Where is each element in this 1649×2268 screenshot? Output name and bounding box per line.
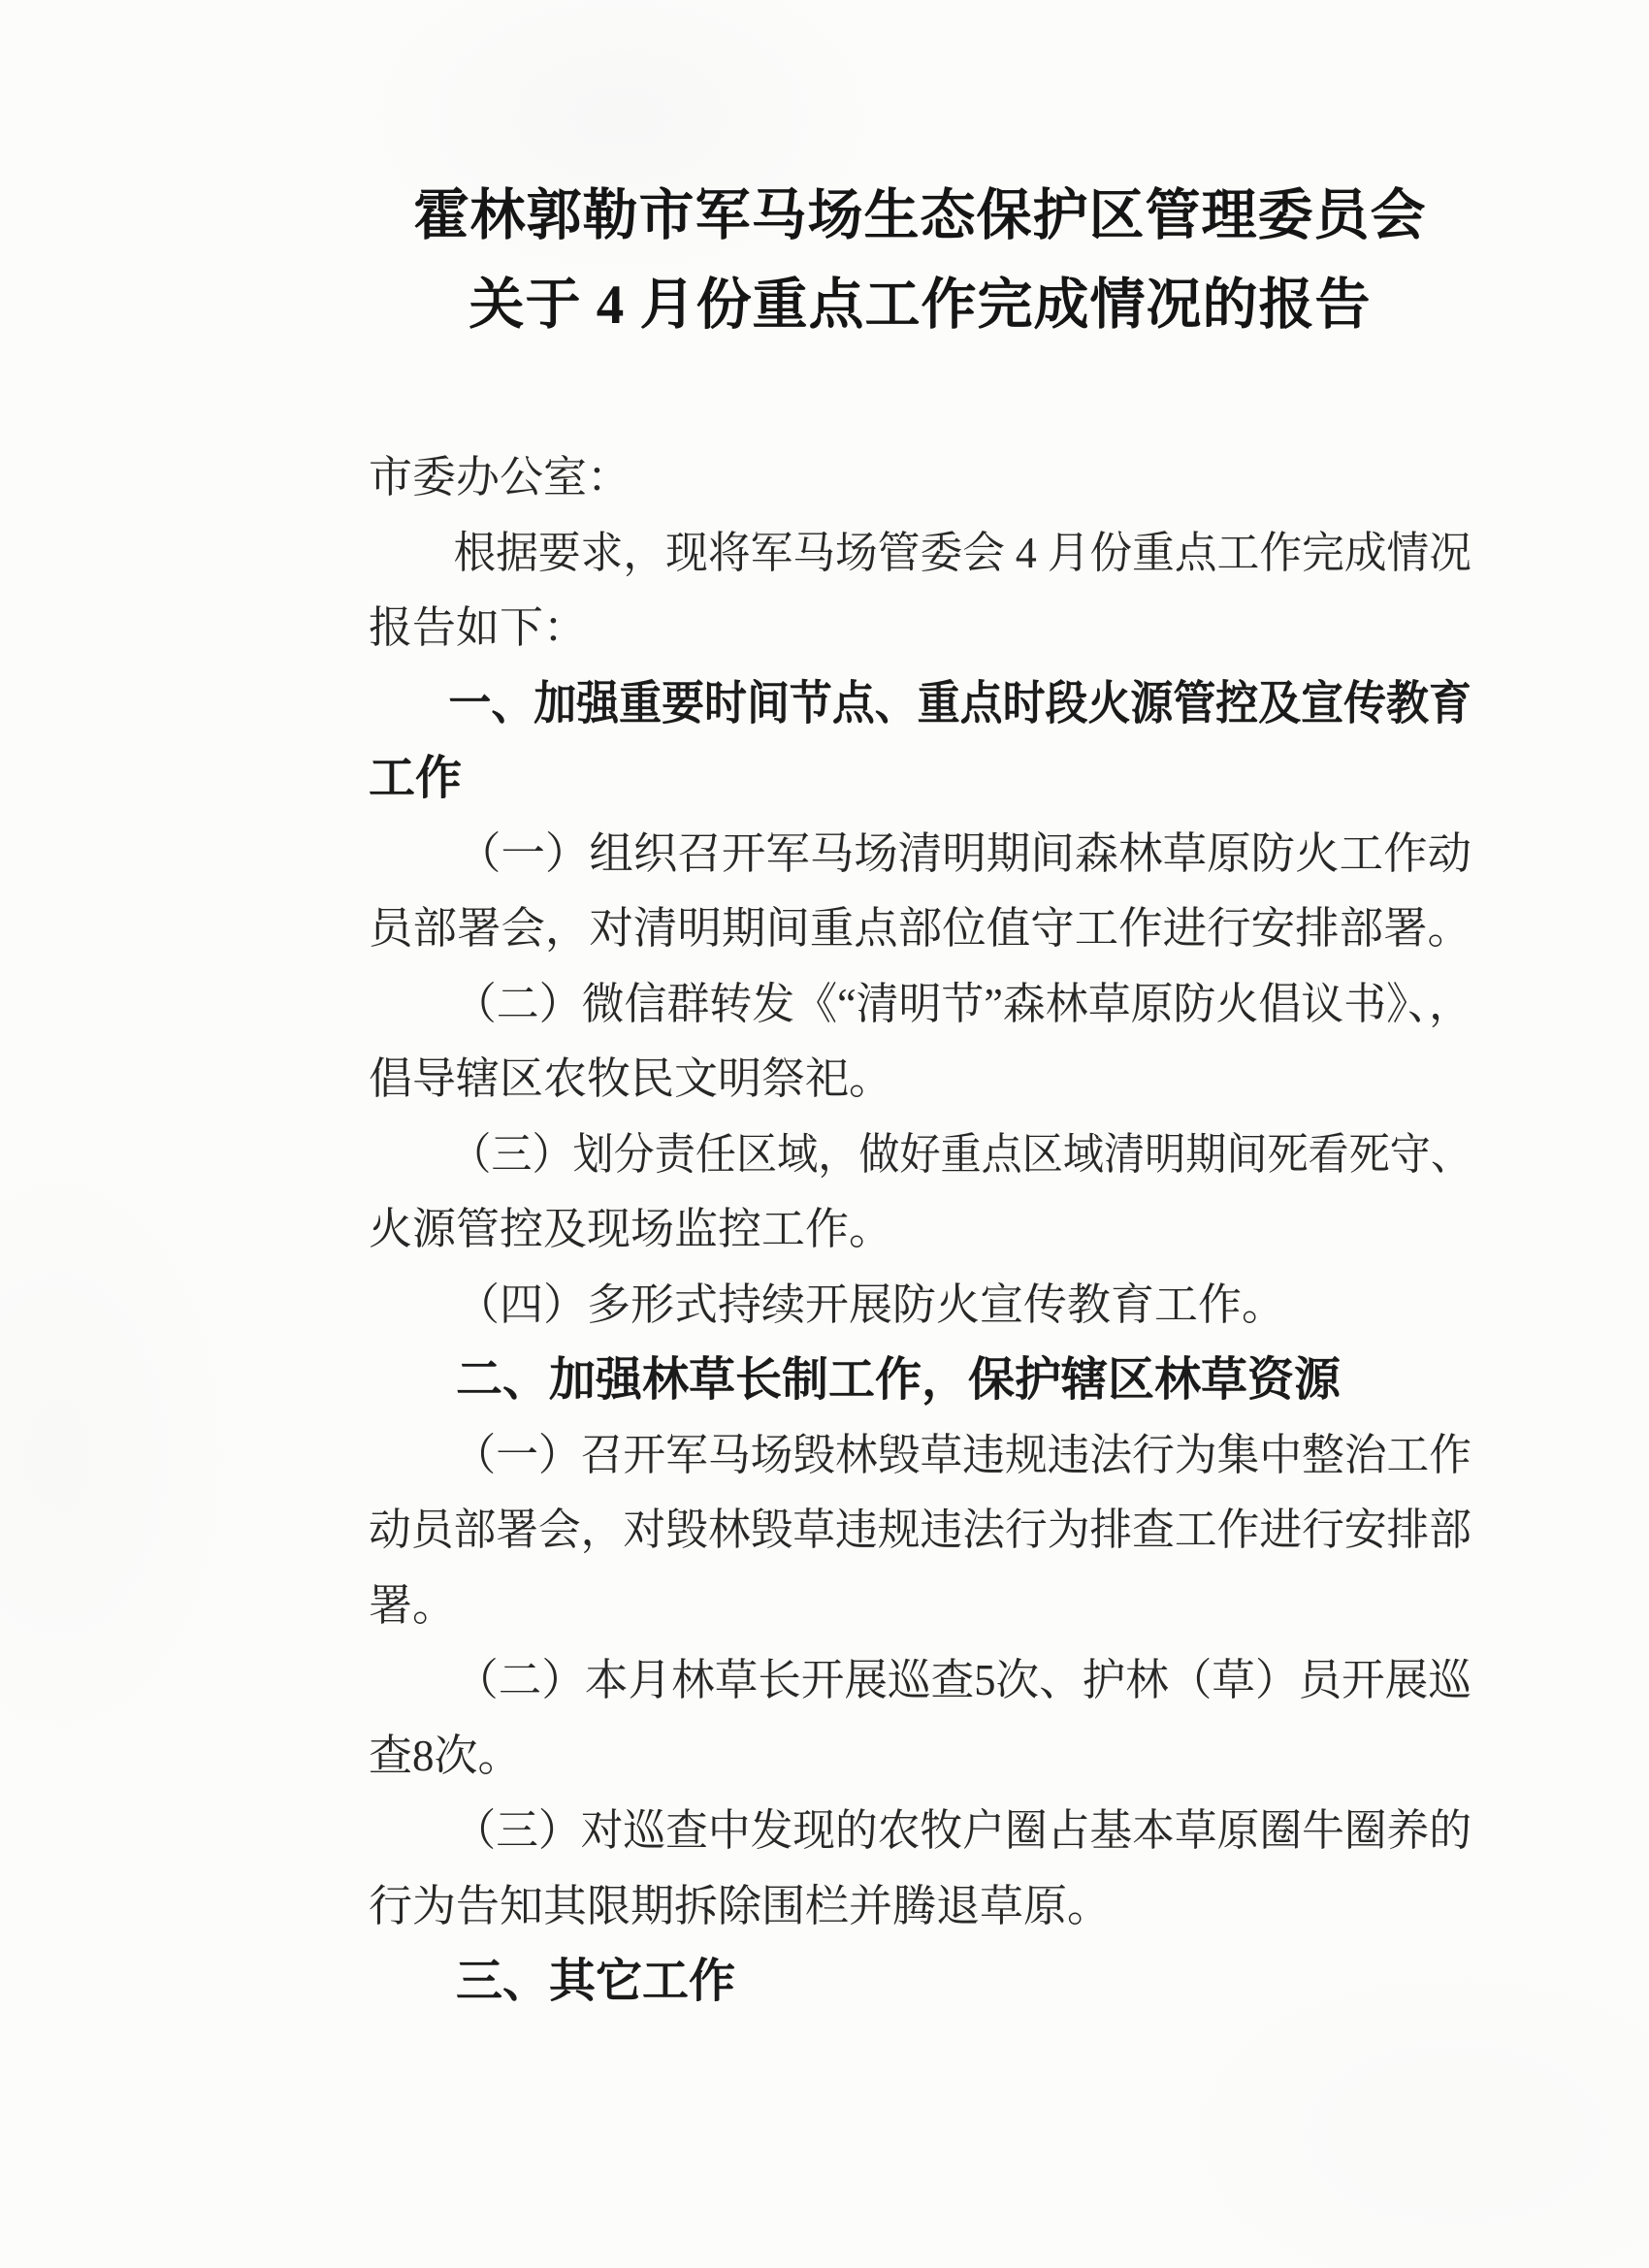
body-line: 火源管控及现场监控工作。 <box>369 1192 1471 1268</box>
title-line: 关于 4 月份重点工作完成情况的报告 <box>369 261 1471 350</box>
scanned-report-page: 霍林郭勒市军马场生态保护区管理委员会关于 4 月份重点工作完成情况的报告 市委办… <box>0 0 1649 2268</box>
body-line: 动员部署会，对毁林毁草违规违法行为排查工作进行安排部 <box>369 1493 1440 1569</box>
section-heading-line: 工作 <box>369 741 1471 817</box>
section-heading-line: 一、加强重要时间节点、重点时段火源管控及宣传教育 <box>369 666 1378 742</box>
line-text: 行为告知其限期拆除围栏并腾退草原。 <box>369 1882 1111 1930</box>
section-heading-line: 三、其它工作 <box>369 1944 1471 2020</box>
line-text: （二）本月林草长开展巡查5次、护林（草）员开展巡 <box>455 1656 1471 1704</box>
body-line: （三）对巡查中发现的农牧户圈占基本草原圈牛圈养的 <box>369 1794 1440 1869</box>
line-text: 三、其它工作 <box>456 1956 735 2007</box>
line-text: 报告如下： <box>369 603 587 652</box>
line-text: （四）多形式持续开展防火宣传教育工作。 <box>456 1280 1285 1329</box>
line-text: 倡导辖区农牧民文明祭祀。 <box>369 1054 892 1103</box>
line-text: 查8次。 <box>369 1732 522 1780</box>
body-line: 根据要求，现将军马场管委会 4 月份重点工作完成情况 <box>369 516 1440 592</box>
body-line: 倡导辖区农牧民文明祭祀。 <box>369 1042 1471 1118</box>
body-line: 署。 <box>369 1569 1471 1644</box>
line-text: 一、加强重要时间节点、重点时段火源管控及宣传教育 <box>448 678 1471 729</box>
body-line: 查8次。 <box>369 1719 1471 1795</box>
document-body: 市委办公室：根据要求，现将军马场管委会 4 月份重点工作完成情况报告如下：一、加… <box>369 440 1471 2020</box>
line-text: （一）组织召开军马场清明期间森林草原防火工作动 <box>457 829 1471 878</box>
body-line: 行为告知其限期拆除围栏并腾退草原。 <box>369 1869 1471 1945</box>
body-line: 市委办公室： <box>369 440 1471 516</box>
section-heading-line: 二、加强林草长制工作，保护辖区林草资源 <box>369 1343 1471 1418</box>
line-text: 根据要求，现将军马场管委会 4 月份重点工作完成情况 <box>453 529 1471 577</box>
line-text: 动员部署会，对毁林毁草违规违法行为排查工作进行安排部 <box>369 1506 1471 1554</box>
line-text: （三）对巡查中发现的农牧户圈占基本草原圈牛圈养的 <box>453 1806 1471 1855</box>
line-text: 署。 <box>369 1581 456 1630</box>
body-line: （四）多形式持续开展防火宣传教育工作。 <box>369 1268 1471 1344</box>
line-text: （一）召开军马场毁林毁草违规违法行为集中整治工作 <box>453 1431 1471 1479</box>
line-text: （二）微信群转发《“清明节”森林草原防火倡议书》、， <box>454 980 1471 1028</box>
body-line: 员部署会，对清明期间重点部位值守工作进行安排部署。 <box>369 891 1483 967</box>
body-line: （二）本月林草长开展巡查5次、护林（草）员开展巡 <box>369 1643 1462 1719</box>
body-line: （二）微信群转发《“清明节”森林草原防火倡议书》、， <box>369 967 1445 1043</box>
line-text: 市委办公室： <box>369 453 630 502</box>
title-line: 霍林郭勒市军马场生态保护区管理委员会 <box>369 172 1471 261</box>
body-line: 报告如下： <box>369 591 1471 666</box>
line-text: 二、加强林草长制工作，保护辖区林草资源 <box>456 1354 1341 1406</box>
line-text: （三）划分责任区域，做好重点区域清明期间死看死守、 <box>450 1130 1471 1179</box>
line-text: 工作 <box>369 753 462 804</box>
line-text: 火源管控及现场监控工作。 <box>369 1205 892 1253</box>
body-line: （一）组织召开军马场清明期间森林草原防火工作动 <box>369 817 1483 892</box>
line-text: 员部署会，对清明期间重点部位值守工作进行安排部署。 <box>369 904 1471 953</box>
body-line: （一）召开军马场毁林毁草违规违法行为集中整治工作 <box>369 1418 1440 1494</box>
body-line: （三）划分责任区域，做好重点区域清明期间死看死守、 <box>369 1118 1401 1193</box>
document-title: 霍林郭勒市军马场生态保护区管理委员会关于 4 月份重点工作完成情况的报告 <box>369 172 1471 350</box>
